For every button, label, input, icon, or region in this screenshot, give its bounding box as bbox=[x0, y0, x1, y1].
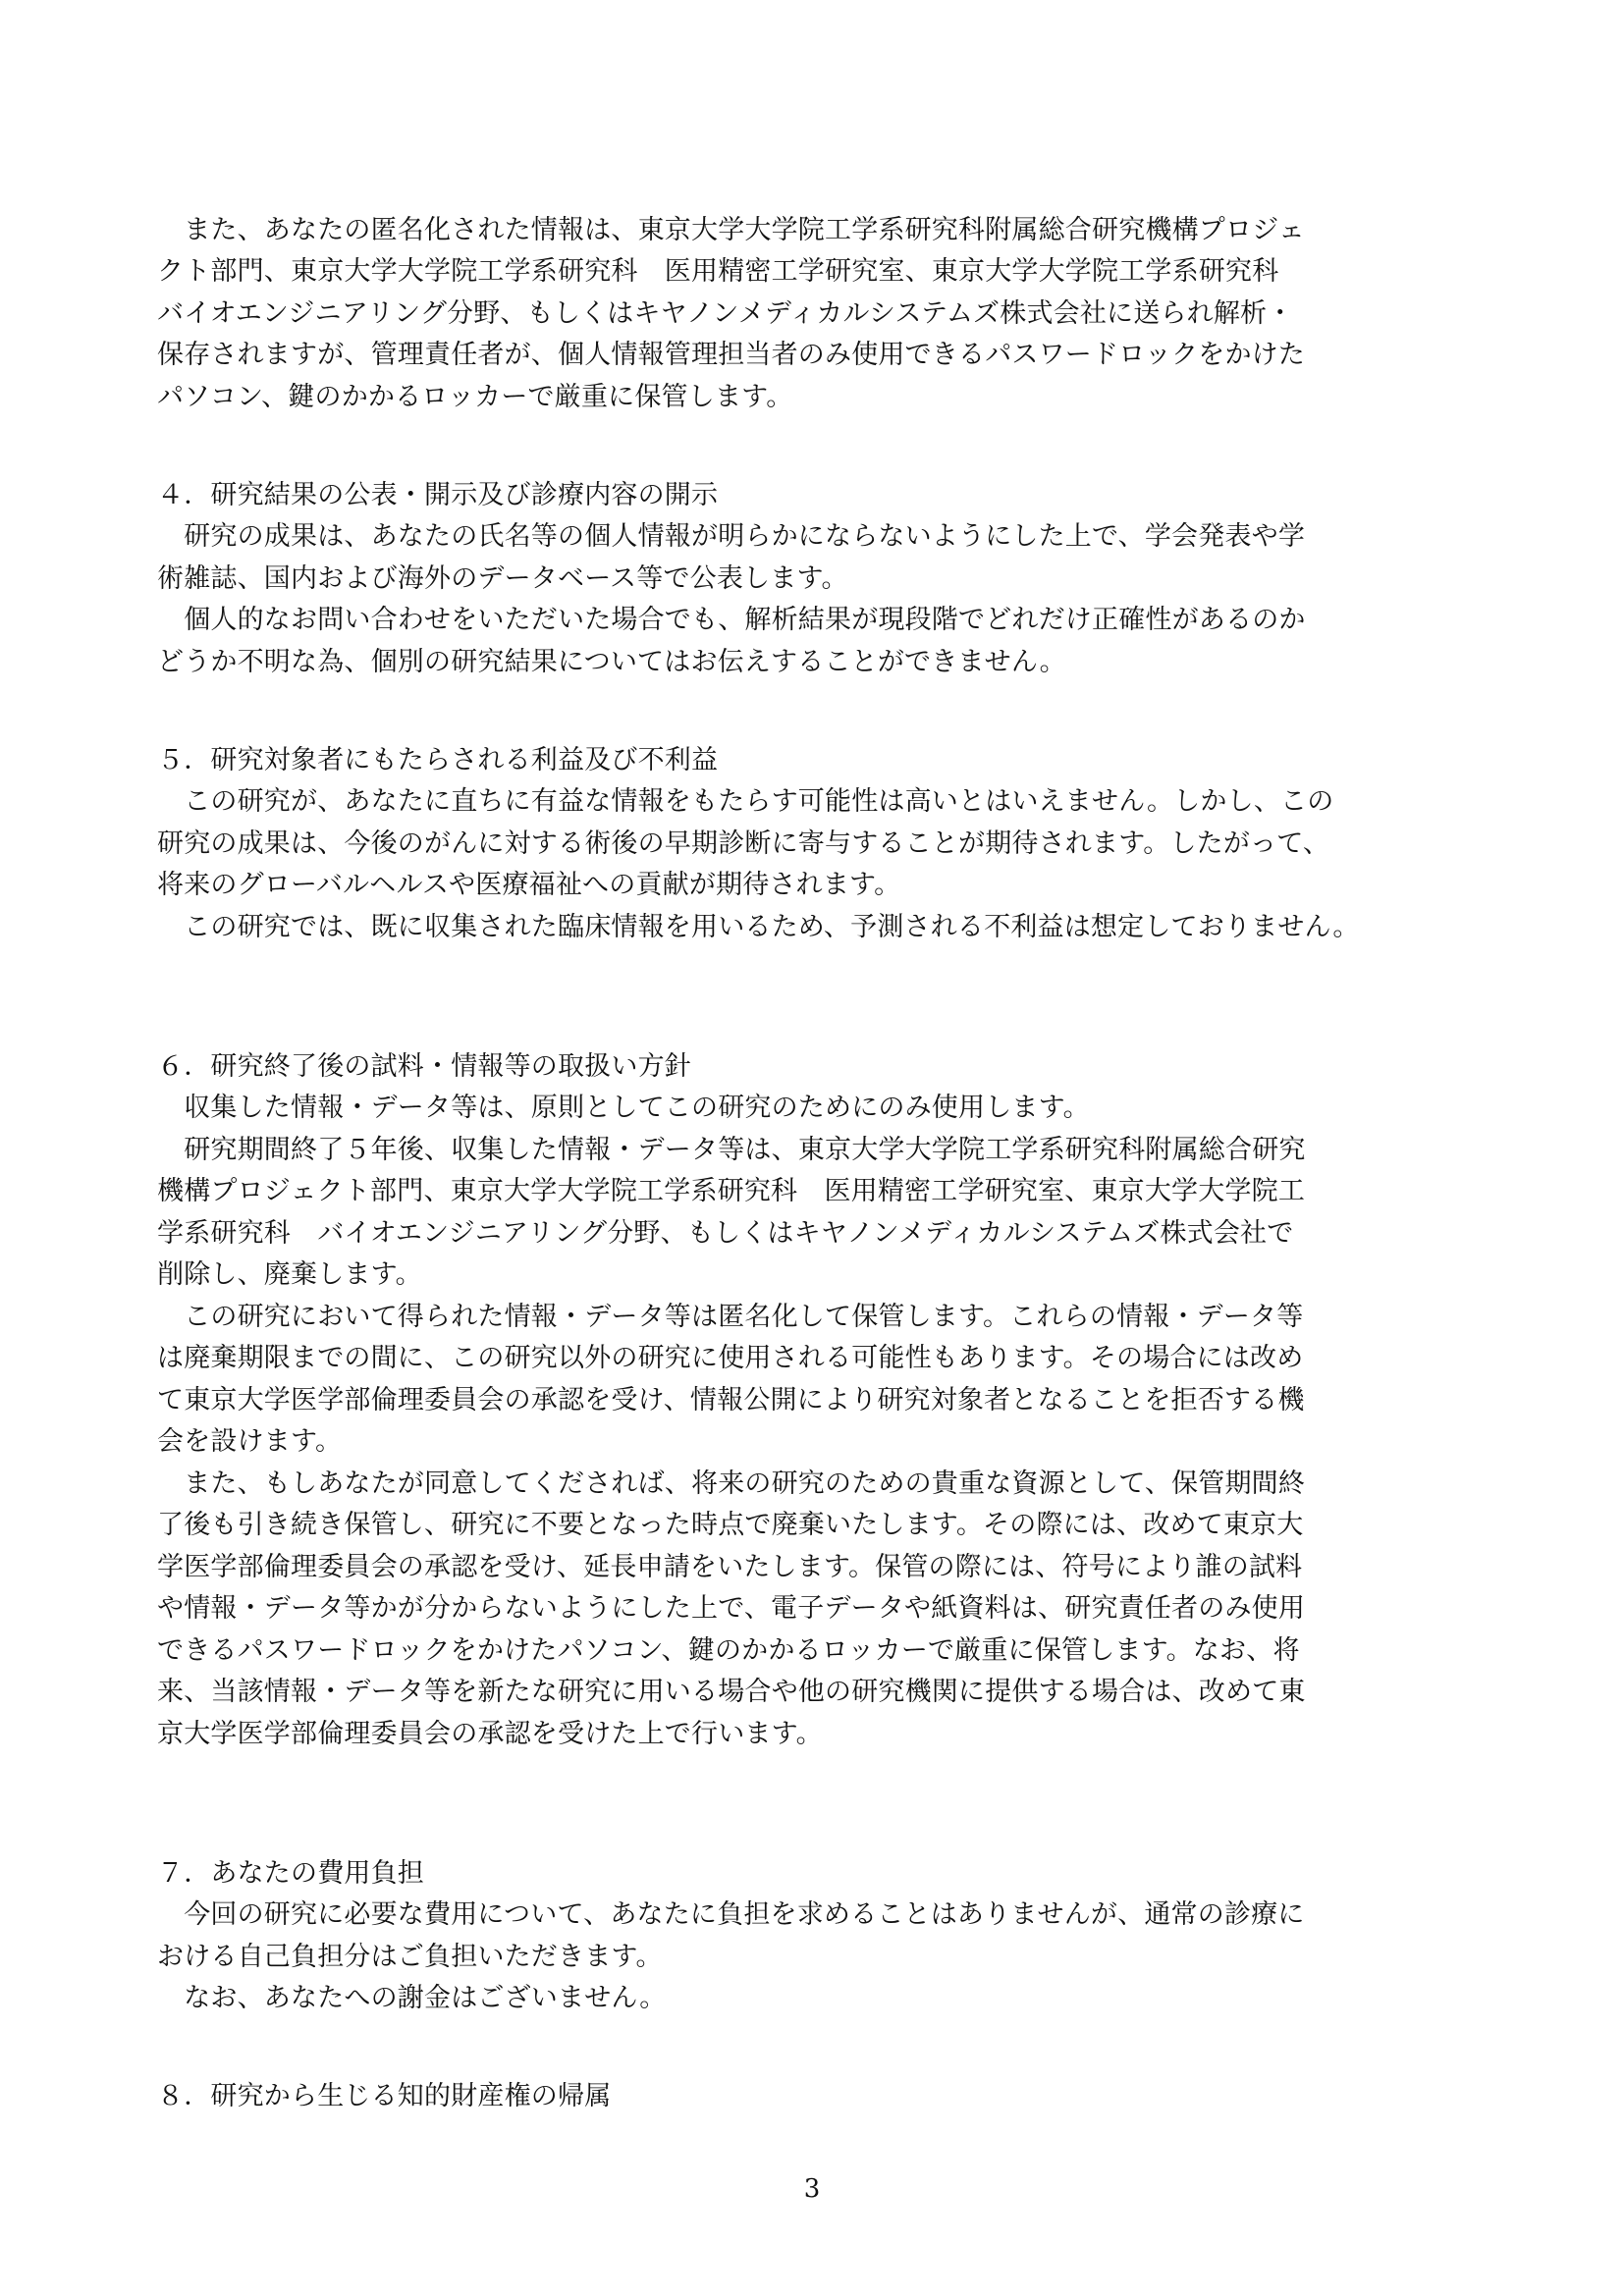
paragraph-line: なお、あなたへの謝金はございません。 bbox=[157, 1983, 666, 2014]
paragraph-line: 削除し、廃棄します。 bbox=[157, 1259, 422, 1291]
section-heading: ５．研究対象者にもたらされる利益及び不利益 bbox=[157, 745, 718, 776]
paragraph-line: 学系研究科 バイオエンジニアリング分野、もしくはキヤノンメディカルシステムズ株式… bbox=[157, 1218, 1293, 1250]
paragraph-line: クト部門、東京大学大学院工学系研究科 医用精密工学研究室、東京大学大学院工学系研… bbox=[157, 256, 1278, 288]
paragraph-line: 学医学部倫理委員会の承認を受け、延長申請をいたします。保管の際には、符号により誰… bbox=[157, 1552, 1302, 1583]
paragraph-line: 研究期間終了５年後、収集した情報・データ等は、東京大学大学院工学系研究科附属総合… bbox=[157, 1135, 1306, 1166]
paragraph-line: できるパスワードロックをかけたパソコン、鍵のかかるロッカーで厳重に保管します。な… bbox=[157, 1635, 1300, 1667]
paragraph-line: 今回の研究に必要な費用について、あなたに負担を求めることはありませんが、通常の診… bbox=[157, 1899, 1305, 1931]
section-heading: ７．あなたの費用負担 bbox=[157, 1858, 424, 1890]
paragraph-line: 保存されますが、管理責任者が、個人情報管理担当者のみ使用できるパスワードロックを… bbox=[157, 340, 1305, 371]
paragraph-line: この研究では、既に収集された臨床情報を用いるため、予測される不利益は想定しており… bbox=[157, 912, 1360, 943]
paragraph-line: 個人的なお問い合わせをいただいた場合でも、解析結果が現段階でどれだけ正確性がある… bbox=[157, 605, 1306, 636]
paragraph-line: 機構プロジェクト部門、東京大学大学院工学系研究科 医用精密工学研究室、東京大学大… bbox=[157, 1176, 1305, 1207]
paragraph-line: 了後も引き続き保管し、研究に不要となった時点で廃棄いたします。その際には、改めて… bbox=[157, 1510, 1303, 1541]
section-heading: ８．研究から生じる知的財産権の帰属 bbox=[157, 2081, 611, 2112]
section-heading: ４．研究結果の公表・開示及び診療内容の開示 bbox=[157, 480, 718, 511]
paragraph-line: この研究が、あなたに直ちに有益な情報をもたらす可能性は高いとはいえません。しかし… bbox=[157, 786, 1333, 818]
paragraph-line: 術雑誌、国内および海外のデータベース等で公表します。 bbox=[157, 563, 848, 595]
paragraph-line: この研究において得られた情報・データ等は匿名化して保管します。これらの情報・デー… bbox=[157, 1302, 1303, 1333]
paragraph-line: バイオエンジニアリング分野、もしくはキヤノンメディカルシステムズ株式会社に送られ… bbox=[157, 298, 1293, 330]
paragraph-line: 来、当該情報・データ等を新たな研究に用いる場合や他の研究機関に提供する場合は、改… bbox=[157, 1677, 1306, 1708]
section-heading: ６．研究終了後の試料・情報等の取扱い方針 bbox=[157, 1051, 691, 1083]
paragraph-line: 研究の成果は、今後のがんに対する術後の早期診断に寄与することが期待されます。した… bbox=[157, 828, 1329, 860]
paragraph-line: て東京大学医学部倫理委員会の承認を受け、情報公開により研究対象者となることを拒否… bbox=[157, 1385, 1305, 1416]
paragraph-line: は廃棄期限までの間に、この研究以外の研究に使用される可能性もあります。その場合に… bbox=[157, 1343, 1303, 1374]
paragraph-line: 将来のグローバルヘルスや医療福祉への貢献が期待されます。 bbox=[157, 870, 900, 901]
paragraph-line: や情報・データ等かが分からないようにした上で、電子データや紙資料は、研究責任者の… bbox=[157, 1593, 1305, 1625]
paragraph-line: どうか不明な為、個別の研究結果についてはお伝えすることができません。 bbox=[157, 647, 1066, 678]
paragraph-line: 研究の成果は、あなたの氏名等の個人情報が明らかにならないようにした上で、学会発表… bbox=[157, 521, 1305, 553]
paragraph-line: 収集した情報・データ等は、原則としてこの研究のためにのみ使用します。 bbox=[157, 1093, 1090, 1124]
paragraph-line: また、あなたの匿名化された情報は、東京大学大学院工学系研究科附属総合研究機構プロ… bbox=[157, 215, 1305, 246]
document-page: 3 また、あなたの匿名化された情報は、東京大学大学院工学系研究科附属総合研究機構… bbox=[0, 0, 1624, 2296]
paragraph-line: おける自己負担分はご負担いただきます。 bbox=[157, 1942, 663, 1973]
paragraph-line: パソコン、鍵のかかるロッカーで厳重に保管します。 bbox=[157, 382, 792, 413]
paragraph-line: 会を設けます。 bbox=[157, 1426, 342, 1458]
page-number: 3 bbox=[0, 2174, 1624, 2204]
paragraph-line: 京大学医学部倫理委員会の承認を受けた上で行います。 bbox=[157, 1719, 823, 1750]
paragraph-line: また、もしあなたが同意してくだされば、将来の研究のための貴重な資源として、保管期… bbox=[157, 1468, 1305, 1500]
